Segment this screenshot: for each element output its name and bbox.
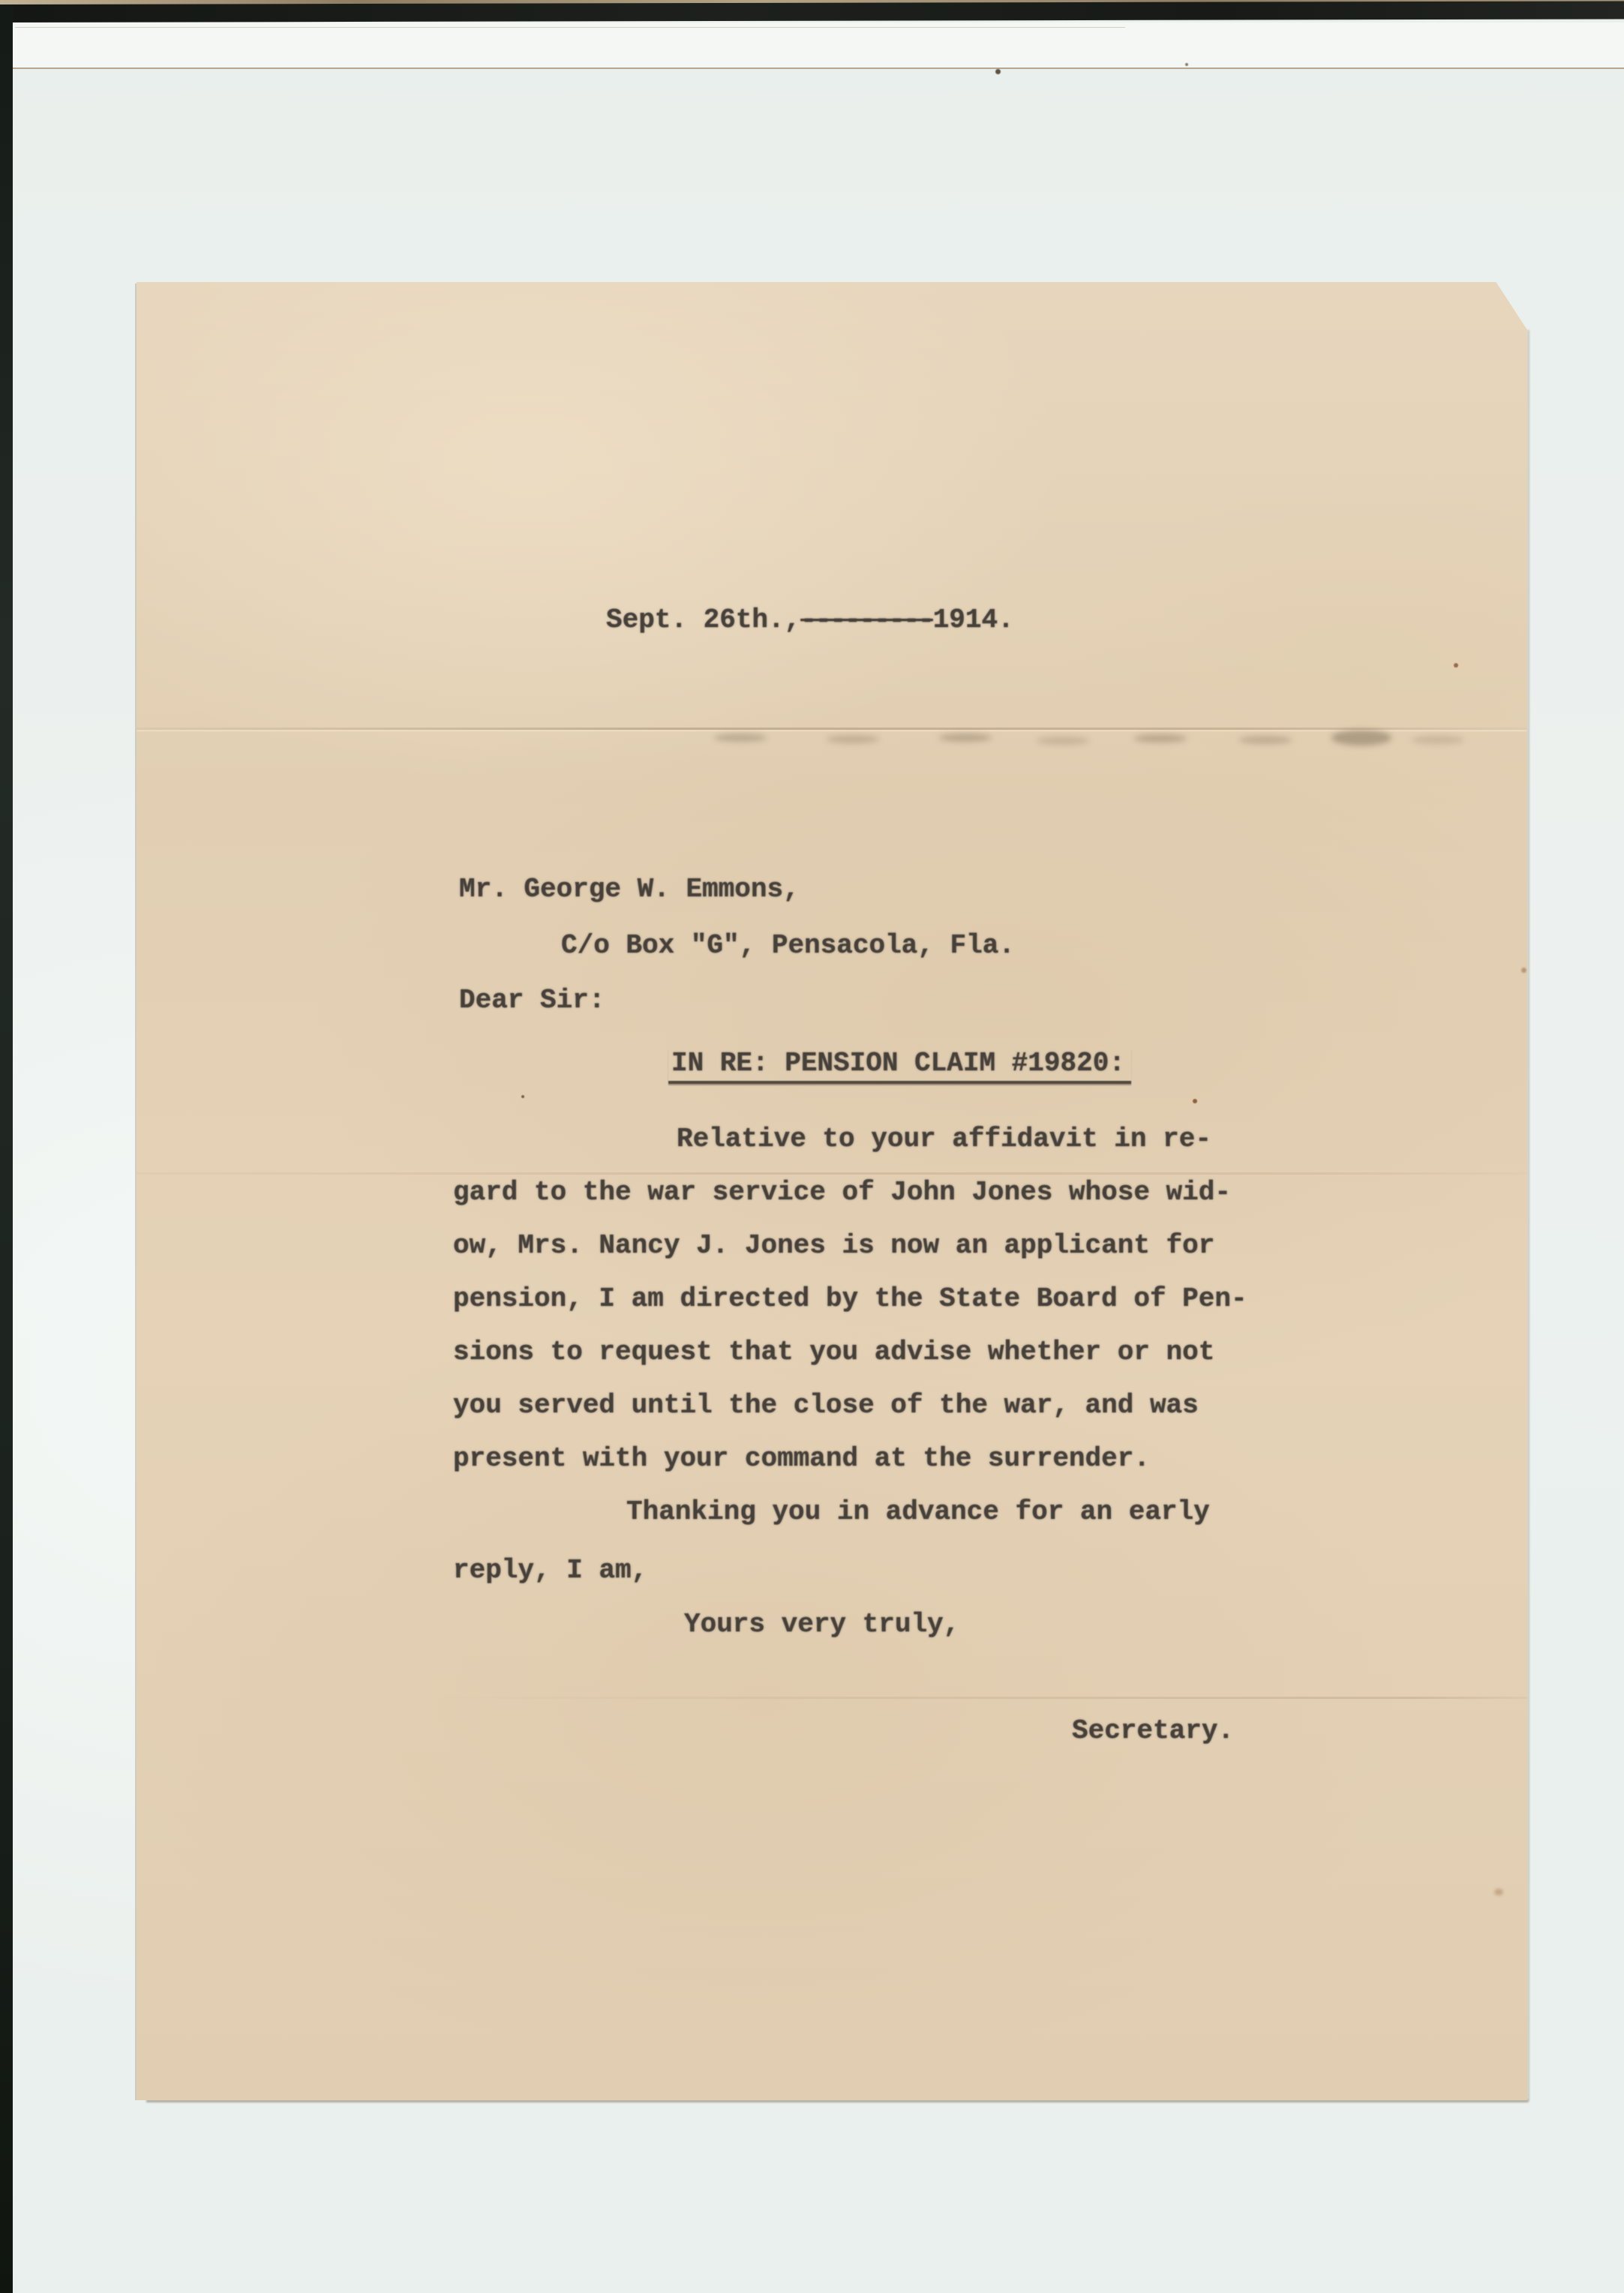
- subject-underlined-text: IN RE: PENSION CLAIM #19820:: [668, 1049, 1131, 1084]
- body-line: Relative to your affidavit in re-: [677, 1124, 1211, 1154]
- foxing-spot: [1193, 1099, 1197, 1103]
- ink-smudge: [714, 734, 767, 742]
- body-line: gard to the war service of John Jones wh…: [453, 1178, 1231, 1208]
- paper-right-shadow: [1527, 330, 1529, 2102]
- valediction-line: Yours very truly,: [684, 1610, 959, 1640]
- body-line: pension, I am directed by the State Boar…: [453, 1284, 1247, 1314]
- body-line: reply, I am,: [453, 1556, 647, 1586]
- scanner-edge-left: [0, 5, 13, 2293]
- paper-left-shadow: [135, 284, 137, 2100]
- body-line: present with your command at the surrend…: [453, 1444, 1150, 1474]
- foxing-spot: [1454, 663, 1458, 668]
- body-line: sions to request that you advise whether…: [453, 1337, 1214, 1367]
- date-line: Sept. 26th.,---------1914.: [606, 605, 1014, 635]
- foxing-spot: [1521, 968, 1526, 973]
- date-prefix: Sept. 26th.,: [606, 605, 800, 635]
- date-year: 1914.: [933, 605, 1014, 635]
- body-line: ow, Mrs. Nancy J. Jones is now an applic…: [453, 1231, 1214, 1261]
- body-line: Thanking you in advance for an early: [626, 1497, 1210, 1527]
- signature-line: Secretary.: [1072, 1716, 1234, 1746]
- background-speck: [995, 69, 1001, 74]
- background-top-strip: [13, 23, 1624, 69]
- letter-paper-sheet: Sept. 26th.,---------1914. Mr. George W.…: [137, 282, 1527, 2100]
- fold-crease: [137, 1697, 1527, 1699]
- scanner-edge-top: [0, 1, 1624, 23]
- recipient-name-line: Mr. George W. Emmons,: [459, 875, 800, 905]
- subject-line: IN RE: PENSION CLAIM #19820:: [671, 1049, 1131, 1084]
- background-faint-line: [15, 27, 1125, 28]
- scanned-letter-screenshot: { "letter": { "date": { "prefix": "Sept.…: [0, 0, 1624, 2293]
- body-line: you served until the close of the war, a…: [453, 1391, 1199, 1421]
- recipient-address-line: C/o Box "G", Pensacola, Fla.: [561, 931, 1015, 961]
- date-dashes: ---------: [800, 605, 932, 635]
- fold-crease: [137, 1172, 1527, 1175]
- foxing-spot: [1494, 1889, 1503, 1895]
- foxing-spot: [521, 1095, 524, 1098]
- background-speck: [1185, 63, 1188, 66]
- salutation-line: Dear Sir:: [459, 986, 605, 1016]
- fold-crease: [137, 728, 1527, 730]
